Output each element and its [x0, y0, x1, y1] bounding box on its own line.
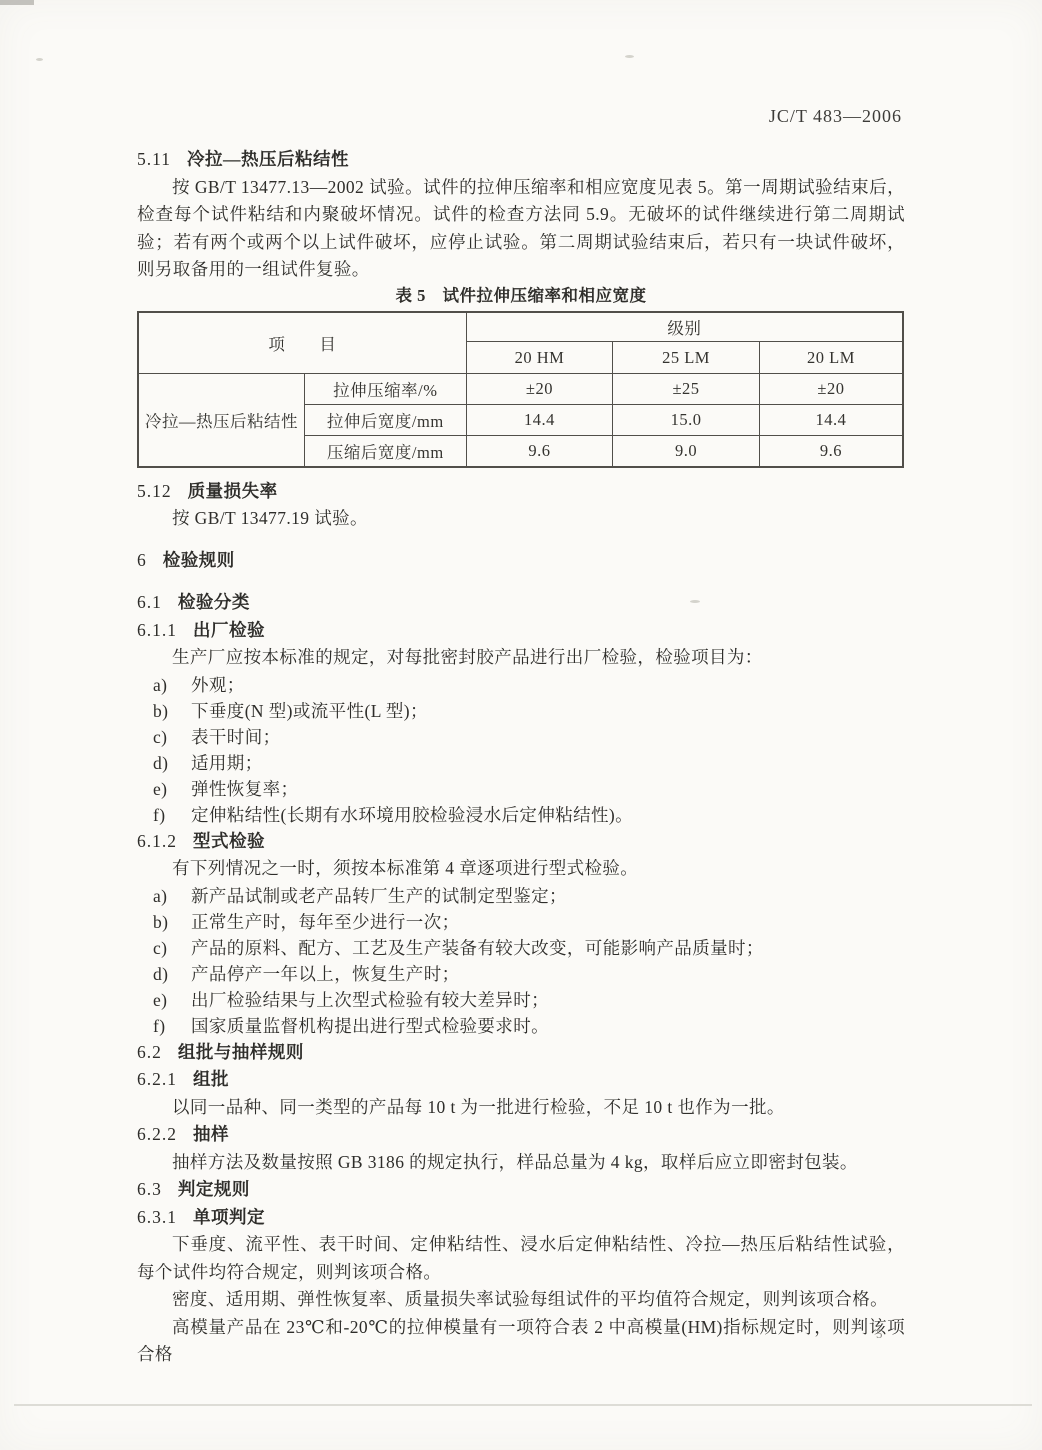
table-class-header-cell: 20 LM — [759, 342, 903, 374]
list-item: c) 产品的原料、配方、工艺及生产装备有较大改变，可能影响产品质量时； — [137, 935, 905, 961]
table-row-group-cell: 冷拉—热压后粘结性 — [138, 374, 305, 467]
table-value-cell: 9.6 — [466, 436, 613, 467]
clause-6-heading: 6 检验规则 — [137, 547, 905, 575]
scan-fold-line — [14, 1404, 1032, 1406]
table-row-label-cell: 拉伸压缩率/% — [305, 374, 467, 405]
list-item-text: 新产品试制或老产品转厂生产的试制定型鉴定； — [191, 883, 567, 909]
table-caption-label: 表 5 — [396, 286, 426, 305]
clause-6-3-1-paragraph-2: 密度、适用期、弹性恢复率、质量损失率试验每组试件的平均值符合规定，则判该项合格。 — [137, 1286, 905, 1314]
list-item: a) 外观； — [137, 672, 905, 698]
clause-6-1-heading: 6.1 检验分类 — [137, 589, 905, 617]
clause-5-11-paragraph: 按 GB/T 13477.13—2002 试验。试件的拉伸压缩率和相应宽度见表 … — [137, 174, 905, 284]
list-item-marker: a) — [153, 672, 191, 698]
list-item: d) 产品停产一年以上，恢复生产时； — [137, 961, 905, 987]
type-inspection-condition-list: a) 新产品试制或老产品转厂生产的试制定型鉴定； b) 正常生产时，每年至少进行… — [137, 883, 905, 1039]
table-value-cell: 14.4 — [466, 405, 613, 436]
list-item-text: 定伸粘结性(长期有水环境用胶检验浸水后定伸粘结性)。 — [191, 802, 633, 828]
list-item: b) 下垂度(N 型)或流平性(L 型)； — [137, 698, 905, 724]
clause-6-3-1-heading: 6.3.1 单项判定 — [137, 1204, 905, 1232]
clause-title: 组批 — [193, 1066, 229, 1094]
table-row: 冷拉—热压后粘结性 拉伸压缩率/% ±20 ±25 ±20 — [138, 374, 903, 405]
list-item-marker: b) — [153, 698, 191, 724]
list-item-text: 出厂检验结果与上次型式检验有较大差异时； — [191, 987, 549, 1013]
table-class-header-cell: 25 LM — [613, 342, 760, 374]
clause-6-2-1-paragraph: 以同一品种、同一类型的产品每 10 t 为一批进行检验，不足 10 t 也作为一… — [137, 1094, 905, 1122]
table-row-label-cell: 压缩后宽度/mm — [305, 436, 467, 467]
table-class-header-cell: 20 HM — [466, 342, 613, 374]
list-item-text: 产品的原料、配方、工艺及生产装备有较大改变，可能影响产品质量时； — [191, 935, 764, 961]
table-header-row-1: 项 目 级别 — [138, 312, 903, 342]
clause-number: 6.3 — [137, 1176, 162, 1204]
list-item: e) 弹性恢复率； — [137, 776, 905, 802]
table-row-label-cell: 拉伸后宽度/mm — [305, 405, 467, 436]
clause-number: 5.12 — [137, 478, 172, 506]
table-5-caption: 表 5 试件拉伸压缩率和相应宽度 — [137, 285, 905, 307]
clause-number: 6.2.2 — [137, 1121, 177, 1149]
list-item-marker: c) — [153, 935, 191, 961]
list-item-text: 适用期； — [191, 750, 263, 776]
table-value-cell: 9.6 — [759, 436, 903, 467]
clause-6-3-1-paragraph-3: 高模量产品在 23℃和-20℃的拉伸模量有一项符合表 2 中高模量(HM)指标规… — [137, 1314, 905, 1369]
list-item-marker: d) — [153, 961, 191, 987]
list-item-marker: e) — [153, 987, 191, 1013]
table-value-cell: ±20 — [466, 374, 613, 405]
list-item-text: 外观； — [191, 672, 245, 698]
list-item: f) 定伸粘结性(长期有水环境用胶检验浸水后定伸粘结性)。 — [137, 802, 905, 828]
table-group-header-cell: 级别 — [466, 312, 903, 342]
list-item: d) 适用期； — [137, 750, 905, 776]
document-content: 5.11 冷拉—热压后粘结性 按 GB/T 13477.13—2002 试验。试… — [137, 144, 905, 1369]
clause-6-1-1-heading: 6.1.1 出厂检验 — [137, 617, 905, 645]
table-value-cell: 15.0 — [613, 405, 760, 436]
clause-title: 冷拉—热压后粘结性 — [187, 146, 349, 174]
clause-6-2-1-heading: 6.2.1 组批 — [137, 1066, 905, 1094]
clause-number: 6.1 — [137, 589, 162, 617]
list-item-text: 下垂度(N 型)或流平性(L 型)； — [191, 698, 428, 724]
list-item-marker: b) — [153, 909, 191, 935]
factory-inspection-item-list: a) 外观； b) 下垂度(N 型)或流平性(L 型)； c) 表干时间； d)… — [137, 672, 905, 828]
clause-number: 6.2 — [137, 1039, 162, 1067]
clause-title: 判定规则 — [178, 1176, 250, 1204]
clause-number: 6 — [137, 547, 147, 575]
table-item-header-cell: 项 目 — [138, 312, 466, 374]
clause-6-2-heading: 6.2 组批与抽样规则 — [137, 1039, 905, 1067]
clause-5-11-heading: 5.11 冷拉—热压后粘结性 — [137, 146, 905, 174]
clause-title: 检验规则 — [163, 547, 235, 575]
list-item: c) 表干时间； — [137, 724, 905, 750]
list-item: f) 国家质量监督机构提出进行型式检验要求时。 — [137, 1013, 905, 1039]
list-item: a) 新产品试制或老产品转厂生产的试制定型鉴定； — [137, 883, 905, 909]
clause-6-1-1-intro: 生产厂应按本标准的规定，对每批密封胶产品进行出厂检验，检验项目为： — [137, 644, 905, 672]
list-item-text: 正常生产时，每年至少进行一次； — [191, 909, 460, 935]
clause-6-3-1-paragraph-1: 下垂度、流平性、表干时间、定伸粘结性、浸水后定伸粘结性、冷拉—热压后粘结性试验，… — [137, 1231, 905, 1286]
list-item-marker: d) — [153, 750, 191, 776]
list-item-marker: c) — [153, 724, 191, 750]
table-value-cell: ±20 — [759, 374, 903, 405]
list-item-marker: e) — [153, 776, 191, 802]
table-value-cell: 14.4 — [759, 405, 903, 436]
clause-title: 组批与抽样规则 — [178, 1039, 304, 1067]
scanned-standard-page: JC/T 483—2006 5.11 冷拉—热压后粘结性 按 GB/T 1347… — [0, 0, 1042, 1450]
list-item-text: 国家质量监督机构提出进行型式检验要求时。 — [191, 1013, 549, 1039]
table-value-cell: 9.0 — [613, 436, 760, 467]
clause-title: 单项判定 — [193, 1204, 265, 1232]
clause-6-2-2-heading: 6.2.2 抽样 — [137, 1121, 905, 1149]
list-item-text: 产品停产一年以上，恢复生产时； — [191, 961, 460, 987]
scan-speck — [625, 55, 634, 58]
clause-number: 6.3.1 — [137, 1204, 177, 1232]
standard-code-header: JC/T 483—2006 — [769, 106, 902, 127]
table-caption-title: 试件拉伸压缩率和相应宽度 — [443, 286, 647, 305]
clause-title: 出厂检验 — [193, 617, 265, 645]
clause-number: 6.1.2 — [137, 828, 177, 856]
clause-6-3-heading: 6.3 判定规则 — [137, 1176, 905, 1204]
clause-title: 检验分类 — [178, 589, 250, 617]
clause-number: 6.1.1 — [137, 617, 177, 645]
clause-6-1-2-heading: 6.1.2 型式检验 — [137, 828, 905, 856]
table-value-cell: ±25 — [613, 374, 760, 405]
list-item-text: 弹性恢复率； — [191, 776, 298, 802]
clause-title: 抽样 — [193, 1121, 229, 1149]
clause-number: 5.11 — [137, 146, 171, 174]
list-item-marker: f) — [153, 802, 191, 828]
clause-6-1-2-intro: 有下列情况之一时，须按本标准第 4 章逐项进行型式检验。 — [137, 855, 905, 883]
clause-6-2-2-paragraph: 抽样方法及数量按照 GB 3186 的规定执行，样品总量为 4 kg，取样后应立… — [137, 1149, 905, 1177]
list-item-marker: f) — [153, 1013, 191, 1039]
list-item: e) 出厂检验结果与上次型式检验有较大差异时； — [137, 987, 905, 1013]
list-item-text: 表干时间； — [191, 724, 281, 750]
scan-edge-artifact — [0, 0, 34, 5]
list-item-marker: a) — [153, 883, 191, 909]
scan-speck — [36, 58, 43, 61]
clause-5-12-paragraph: 按 GB/T 13477.19 试验。 — [137, 505, 905, 533]
table-5: 项 目 级别 20 HM 25 LM 20 LM 冷拉—热压后粘结性 拉伸压缩率… — [137, 311, 904, 468]
clause-5-12-heading: 5.12 质量损失率 — [137, 478, 905, 506]
clause-title: 型式检验 — [193, 828, 265, 856]
clause-title: 质量损失率 — [188, 478, 278, 506]
clause-number: 6.2.1 — [137, 1066, 177, 1094]
list-item: b) 正常生产时，每年至少进行一次； — [137, 909, 905, 935]
page-number: 5 — [876, 1326, 884, 1342]
